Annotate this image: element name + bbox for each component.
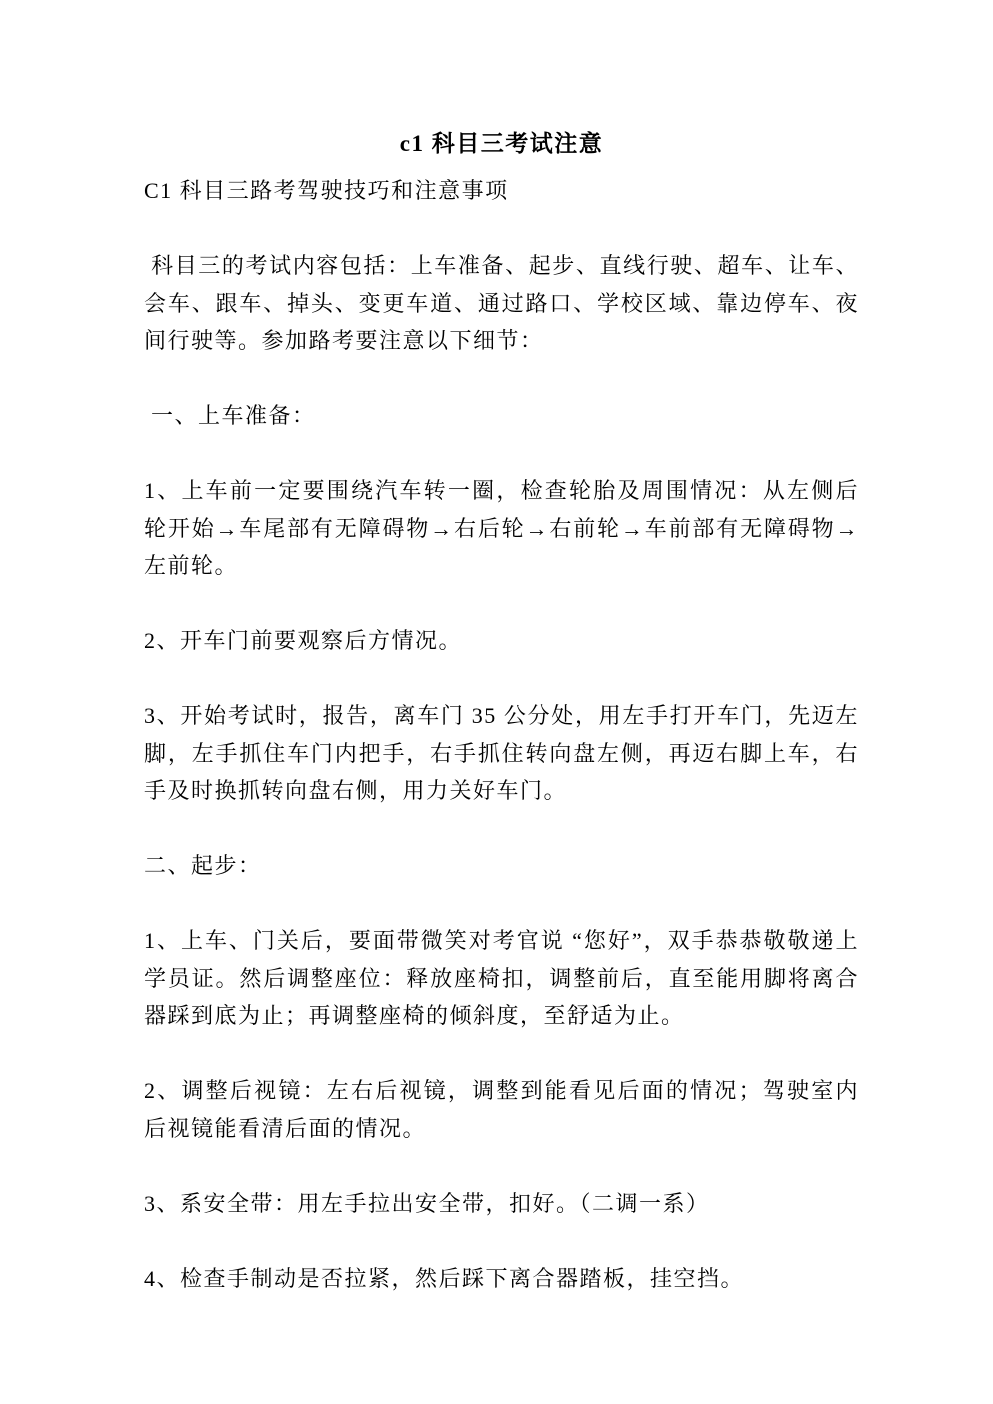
document-page: c1 科目三考试注意 C1 科目三路考驾驶技巧和注意事项 科目三的考试内容包括：… [0, 0, 993, 1404]
paragraph: 1、上车前一定要围绕汽车转一圈，检查轮胎及周围情况：从左侧后轮开始→车尾部有无障… [144, 472, 859, 585]
paragraph: 2、调整后视镜：左右后视镜，调整到能看见后面的情况；驾驶室内后视镜能看清后面的情… [144, 1072, 859, 1147]
document-subtitle: C1 科目三路考驾驶技巧和注意事项 [144, 172, 859, 210]
document-title: c1 科目三考试注意 [144, 124, 859, 164]
paragraph: 二、起步： [144, 847, 859, 885]
paragraph: 3、系安全带：用左手拉出安全带，扣好。（二调一系） [144, 1185, 859, 1223]
paragraph: 科目三的考试内容包括：上车准备、起步、直线行驶、超车、让车、会车、跟车、掉头、变… [144, 247, 859, 360]
paragraph: 2、开车门前要观察后方情况。 [144, 622, 859, 660]
paragraph: 3、开始考试时，报告，离车门 35 公分处，用左手打开车门，先迈左脚，左手抓住车… [144, 697, 859, 810]
document-body: 科目三的考试内容包括：上车准备、起步、直线行驶、超车、让车、会车、跟车、掉头、变… [144, 247, 859, 1297]
paragraph: 1、上车、门关后，要面带微笑对考官说 “您好”，双手恭恭敬敬递上学员证。然后调整… [144, 922, 859, 1035]
paragraph: 4、检查手制动是否拉紧，然后踩下离合器踏板，挂空挡。 [144, 1260, 859, 1298]
paragraph: 一、上车准备： [144, 397, 859, 435]
